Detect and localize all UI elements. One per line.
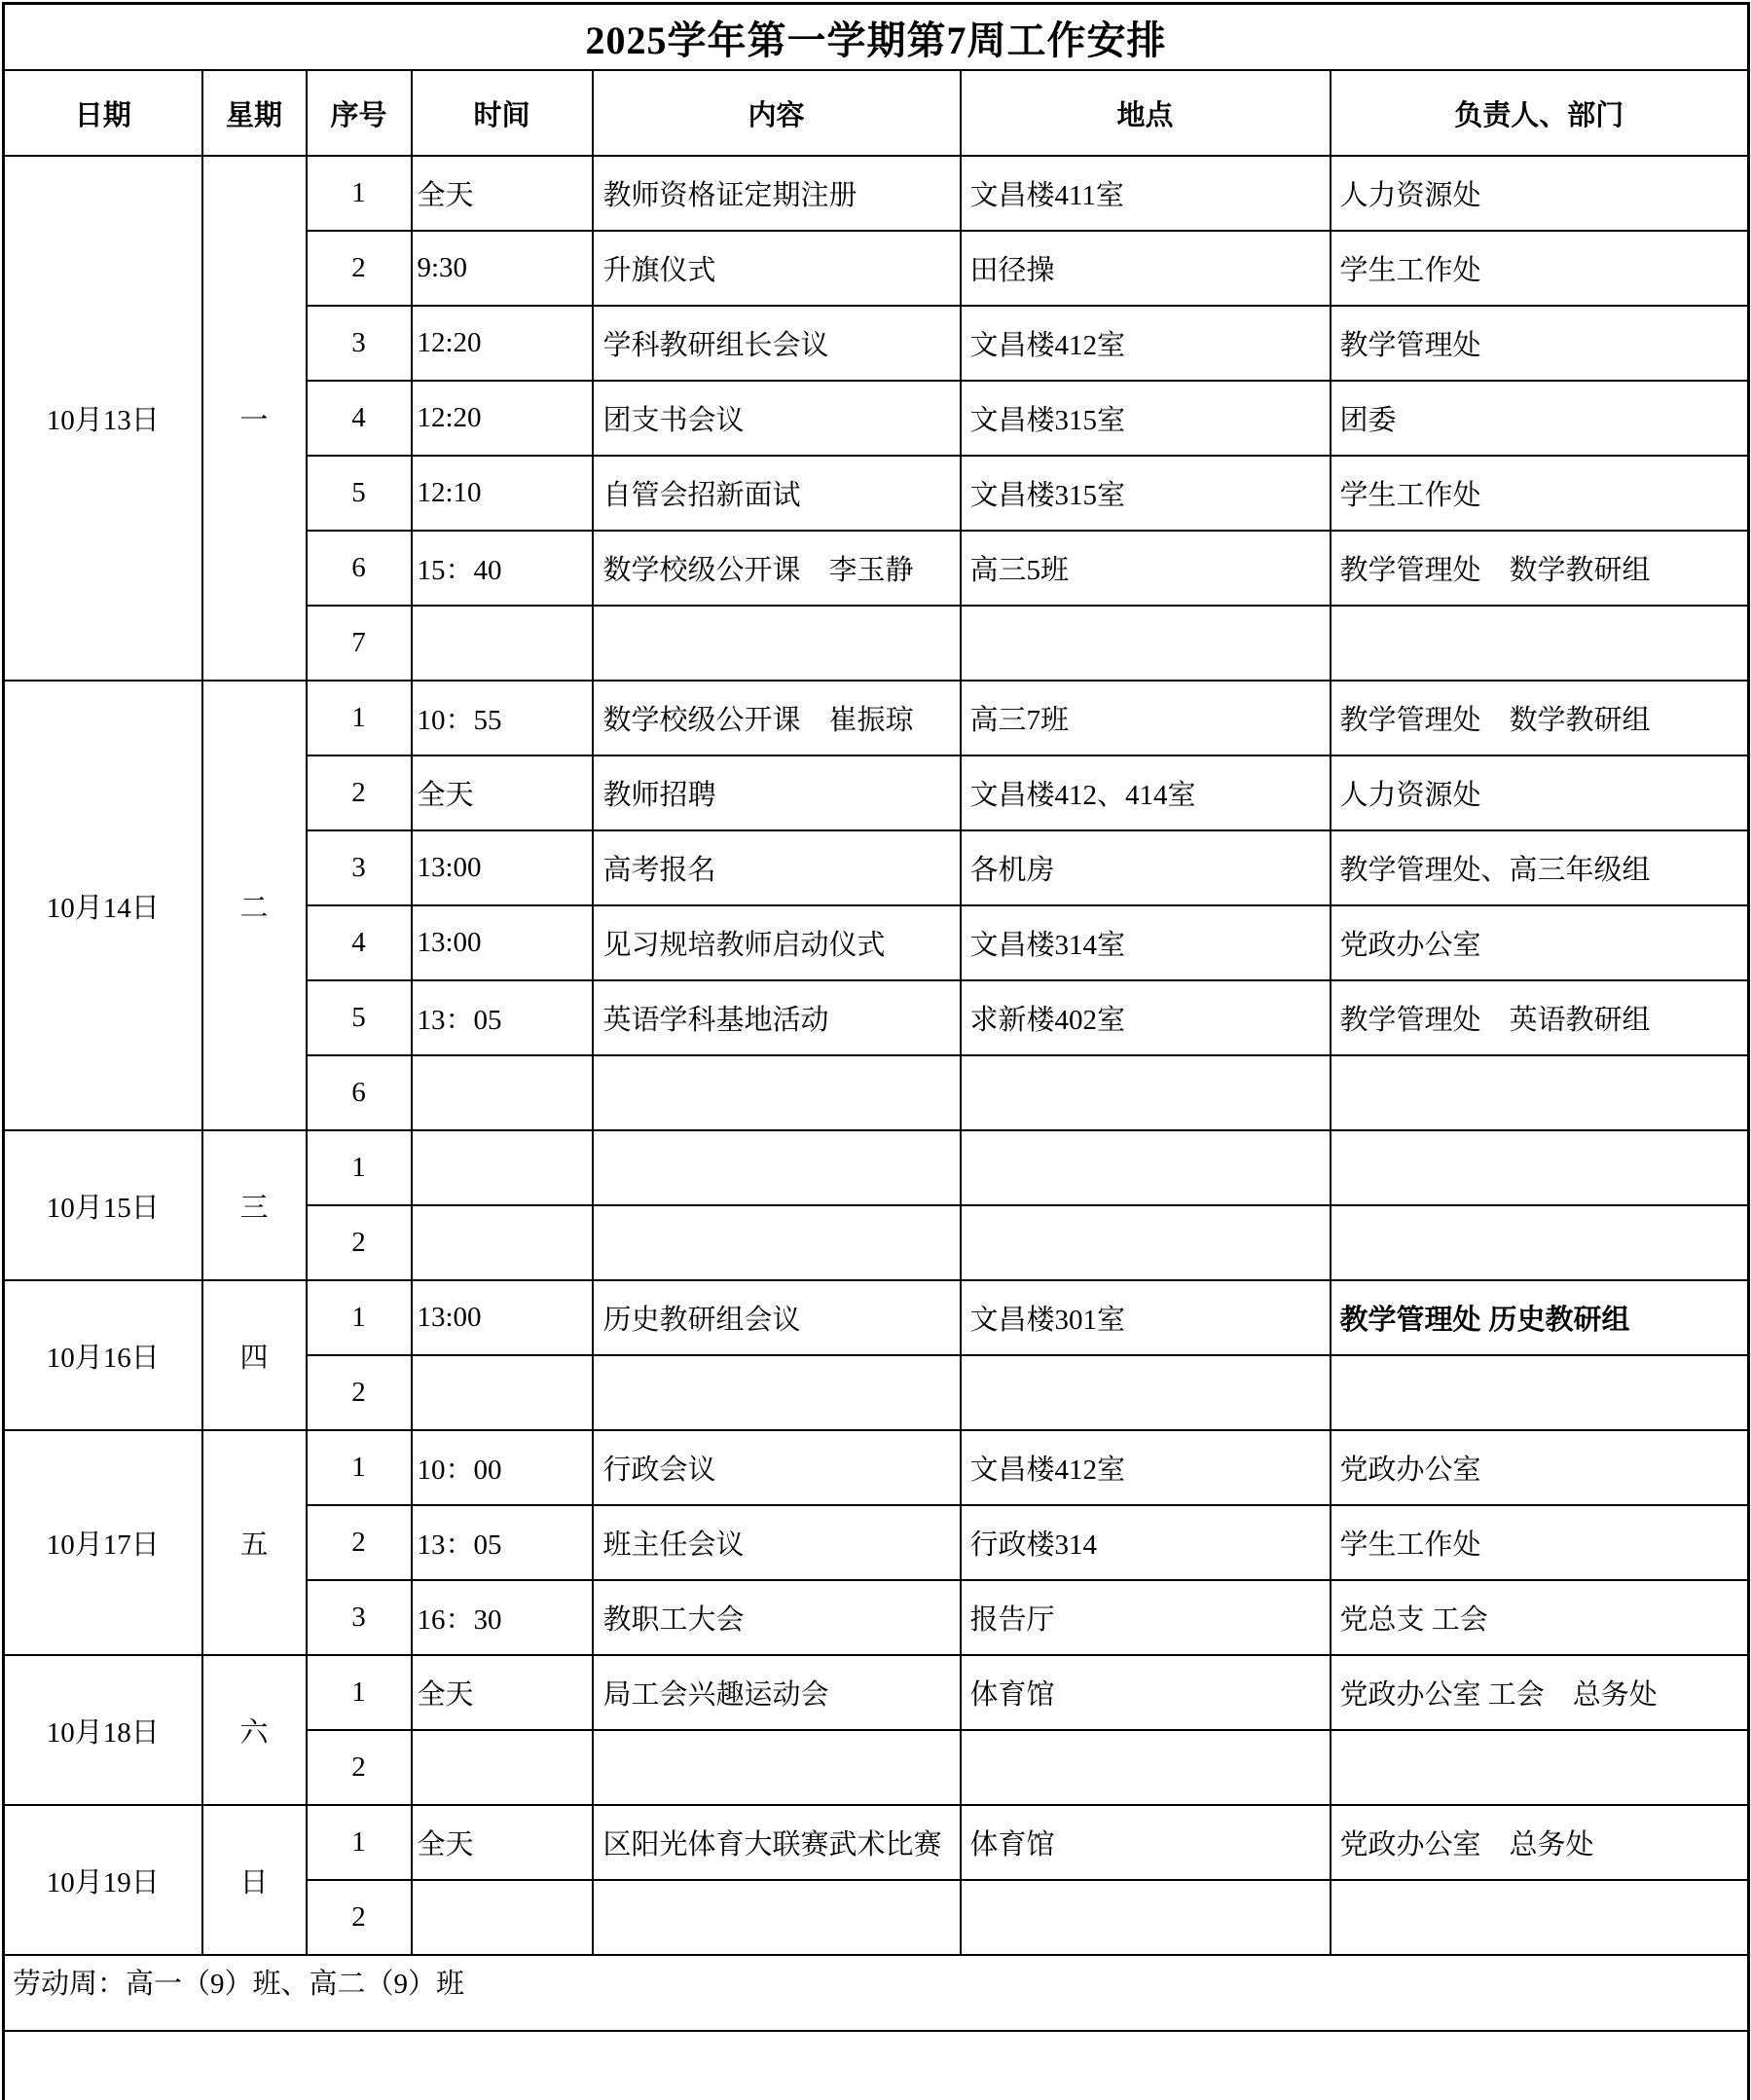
- location-cell: 田径操: [961, 231, 1331, 306]
- index-cell: 2: [307, 1205, 412, 1280]
- index-cell: 1: [307, 1805, 412, 1880]
- location-cell: [961, 1055, 1331, 1130]
- content-cell: 局工会兴趣运动会: [593, 1655, 961, 1730]
- content-cell: 班主任会议: [593, 1505, 961, 1580]
- index-cell: 1: [307, 1430, 412, 1505]
- location-cell: 各机房: [961, 830, 1331, 905]
- owner-cell: 学生工作处: [1331, 456, 1749, 531]
- owner-cell: 教学管理处 数学教研组: [1331, 681, 1749, 755]
- content-cell: 教职工大会: [593, 1580, 961, 1655]
- column-header-index: 序号: [307, 70, 412, 156]
- labor-week-note: 劳动周：高一（9）班、高二（9）班: [4, 1955, 1749, 2031]
- index-cell: 1: [307, 156, 412, 231]
- owner-cell: [1331, 1730, 1749, 1805]
- index-cell: 2: [307, 231, 412, 306]
- table-row: 10月17日五110：00行政会议文昌楼412室党政办公室: [4, 1430, 1749, 1505]
- content-cell: 团支书会议: [593, 381, 961, 456]
- table-row: 10月15日三1: [4, 1130, 1749, 1205]
- owner-cell: 党总支 工会: [1331, 1580, 1749, 1655]
- owner-cell: [1331, 1130, 1749, 1205]
- location-cell: 高三7班: [961, 681, 1331, 755]
- location-cell: 文昌楼412室: [961, 306, 1331, 381]
- location-cell: 高三5班: [961, 531, 1331, 606]
- time-cell: [412, 606, 593, 681]
- column-header-location: 地点: [961, 70, 1331, 156]
- time-cell: [412, 1130, 593, 1205]
- content-cell: 教师招聘: [593, 755, 961, 830]
- time-cell: 12:10: [412, 456, 593, 531]
- index-cell: 3: [307, 1580, 412, 1655]
- location-cell: [961, 1880, 1331, 1955]
- time-cell: 10：55: [412, 681, 593, 755]
- location-cell: 文昌楼301室: [961, 1280, 1331, 1355]
- content-cell: 学科教研组长会议: [593, 306, 961, 381]
- owner-cell: 学生工作处: [1331, 231, 1749, 306]
- owner-cell: 党政办公室 工会 总务处: [1331, 1655, 1749, 1730]
- index-cell: 2: [307, 1355, 412, 1430]
- time-cell: 16：30: [412, 1580, 593, 1655]
- location-cell: 求新楼402室: [961, 980, 1331, 1055]
- location-cell: 文昌楼411室: [961, 156, 1331, 231]
- time-cell: 全天: [412, 1655, 593, 1730]
- time-cell: 9:30: [412, 231, 593, 306]
- time-cell: [412, 1205, 593, 1280]
- owner-cell: 人力资源处: [1331, 755, 1749, 830]
- owner-cell: 党政办公室: [1331, 905, 1749, 980]
- empty-footer-row: [4, 2031, 1749, 2100]
- time-cell: 13：05: [412, 980, 593, 1055]
- content-cell: [593, 1055, 961, 1130]
- location-cell: 体育馆: [961, 1655, 1331, 1730]
- index-cell: 2: [307, 1505, 412, 1580]
- weekday-cell: 二: [202, 681, 307, 1130]
- content-cell: [593, 1730, 961, 1805]
- location-cell: 报告厅: [961, 1580, 1331, 1655]
- index-cell: 1: [307, 681, 412, 755]
- index-cell: 5: [307, 456, 412, 531]
- owner-cell: 教学管理处: [1331, 306, 1749, 381]
- time-cell: [412, 1355, 593, 1430]
- content-cell: [593, 1880, 961, 1955]
- column-header-weekday: 星期: [202, 70, 307, 156]
- time-cell: [412, 1730, 593, 1805]
- date-cell: 10月13日: [4, 156, 202, 681]
- owner-cell: [1331, 606, 1749, 681]
- time-cell: 12:20: [412, 306, 593, 381]
- location-cell: 文昌楼315室: [961, 381, 1331, 456]
- owner-cell: 团委: [1331, 381, 1749, 456]
- weekday-cell: 日: [202, 1805, 307, 1955]
- table-row: 10月14日二110：55数学校级公开课 崔振琼高三7班教学管理处 数学教研组: [4, 681, 1749, 755]
- empty-footer-cell: [4, 2031, 1749, 2100]
- content-cell: [593, 1355, 961, 1430]
- content-cell: 高考报名: [593, 830, 961, 905]
- index-cell: 1: [307, 1655, 412, 1730]
- location-cell: 文昌楼314室: [961, 905, 1331, 980]
- content-cell: 区阳光体育大联赛武术比赛: [593, 1805, 961, 1880]
- content-cell: 升旗仪式: [593, 231, 961, 306]
- content-cell: [593, 1130, 961, 1205]
- location-cell: 文昌楼412室: [961, 1430, 1331, 1505]
- owner-cell: [1331, 1880, 1749, 1955]
- time-cell: 10：00: [412, 1430, 593, 1505]
- table-row: 10月18日六1全天局工会兴趣运动会体育馆党政办公室 工会 总务处: [4, 1655, 1749, 1730]
- time-cell: 13：05: [412, 1505, 593, 1580]
- owner-cell: 教学管理处、高三年级组: [1331, 830, 1749, 905]
- date-cell: 10月14日: [4, 681, 202, 1130]
- schedule-body: 10月13日一1全天教师资格证定期注册文昌楼411室人力资源处29:30升旗仪式…: [4, 156, 1749, 1955]
- weekday-cell: 一: [202, 156, 307, 681]
- index-cell: 6: [307, 531, 412, 606]
- location-cell: [961, 1130, 1331, 1205]
- owner-cell: 党政办公室 总务处: [1331, 1805, 1749, 1880]
- column-header-content: 内容: [593, 70, 961, 156]
- owner-cell: 教学管理处 历史教研组: [1331, 1280, 1749, 1355]
- index-cell: 4: [307, 381, 412, 456]
- index-cell: 7: [307, 606, 412, 681]
- time-cell: 12:20: [412, 381, 593, 456]
- weekday-cell: 六: [202, 1655, 307, 1805]
- location-cell: [961, 1730, 1331, 1805]
- time-cell: 13:00: [412, 1280, 593, 1355]
- table-row: 10月16日四113:00历史教研组会议文昌楼301室教学管理处 历史教研组: [4, 1280, 1749, 1355]
- index-cell: 1: [307, 1280, 412, 1355]
- index-cell: 2: [307, 1730, 412, 1805]
- column-header-date: 日期: [4, 70, 202, 156]
- time-cell: 全天: [412, 755, 593, 830]
- content-cell: [593, 1205, 961, 1280]
- labor-week-row: 劳动周：高一（9）班、高二（9）班: [4, 1955, 1749, 2031]
- column-header-time: 时间: [412, 70, 593, 156]
- content-cell: 行政会议: [593, 1430, 961, 1505]
- owner-cell: 人力资源处: [1331, 156, 1749, 231]
- owner-cell: [1331, 1205, 1749, 1280]
- weekday-cell: 三: [202, 1130, 307, 1280]
- content-cell: 见习规培教师启动仪式: [593, 905, 961, 980]
- content-cell: 历史教研组会议: [593, 1280, 961, 1355]
- table-row: 10月19日日1全天区阳光体育大联赛武术比赛体育馆党政办公室 总务处: [4, 1805, 1749, 1880]
- date-cell: 10月16日: [4, 1280, 202, 1430]
- time-cell: [412, 1055, 593, 1130]
- time-cell: 15：40: [412, 531, 593, 606]
- weekly-schedule-table: 2025学年第一学期第7周工作安排 日期 星期 序号 时间 内容 地点 负责人、…: [2, 2, 1750, 2100]
- table-row: 10月13日一1全天教师资格证定期注册文昌楼411室人力资源处: [4, 156, 1749, 231]
- location-cell: [961, 1355, 1331, 1430]
- column-header-row: 日期 星期 序号 时间 内容 地点 负责人、部门: [4, 70, 1749, 156]
- content-cell: [593, 606, 961, 681]
- content-cell: 数学校级公开课 李玉静: [593, 531, 961, 606]
- time-cell: 全天: [412, 156, 593, 231]
- owner-cell: 教学管理处 数学教研组: [1331, 531, 1749, 606]
- date-cell: 10月17日: [4, 1430, 202, 1655]
- title-row: 2025学年第一学期第7周工作安排: [4, 4, 1749, 71]
- index-cell: 6: [307, 1055, 412, 1130]
- location-cell: 行政楼314: [961, 1505, 1331, 1580]
- column-header-owner: 负责人、部门: [1331, 70, 1749, 156]
- content-cell: 自管会招新面试: [593, 456, 961, 531]
- time-cell: 13:00: [412, 905, 593, 980]
- time-cell: 13:00: [412, 830, 593, 905]
- location-cell: 文昌楼315室: [961, 456, 1331, 531]
- page-title: 2025学年第一学期第7周工作安排: [4, 4, 1749, 71]
- owner-cell: [1331, 1355, 1749, 1430]
- index-cell: 1: [307, 1130, 412, 1205]
- location-cell: 文昌楼412、414室: [961, 755, 1331, 830]
- owner-cell: [1331, 1055, 1749, 1130]
- time-cell: 全天: [412, 1805, 593, 1880]
- location-cell: [961, 1205, 1331, 1280]
- date-cell: 10月15日: [4, 1130, 202, 1280]
- location-cell: [961, 606, 1331, 681]
- owner-cell: 党政办公室: [1331, 1430, 1749, 1505]
- index-cell: 2: [307, 755, 412, 830]
- index-cell: 3: [307, 830, 412, 905]
- location-cell: 体育馆: [961, 1805, 1331, 1880]
- content-cell: 数学校级公开课 崔振琼: [593, 681, 961, 755]
- index-cell: 5: [307, 980, 412, 1055]
- weekday-cell: 五: [202, 1430, 307, 1655]
- date-cell: 10月18日: [4, 1655, 202, 1805]
- content-cell: 英语学科基地活动: [593, 980, 961, 1055]
- owner-cell: 教学管理处 英语教研组: [1331, 980, 1749, 1055]
- index-cell: 2: [307, 1880, 412, 1955]
- date-cell: 10月19日: [4, 1805, 202, 1955]
- owner-cell: 学生工作处: [1331, 1505, 1749, 1580]
- time-cell: [412, 1880, 593, 1955]
- index-cell: 4: [307, 905, 412, 980]
- content-cell: 教师资格证定期注册: [593, 156, 961, 231]
- weekday-cell: 四: [202, 1280, 307, 1430]
- index-cell: 3: [307, 306, 412, 381]
